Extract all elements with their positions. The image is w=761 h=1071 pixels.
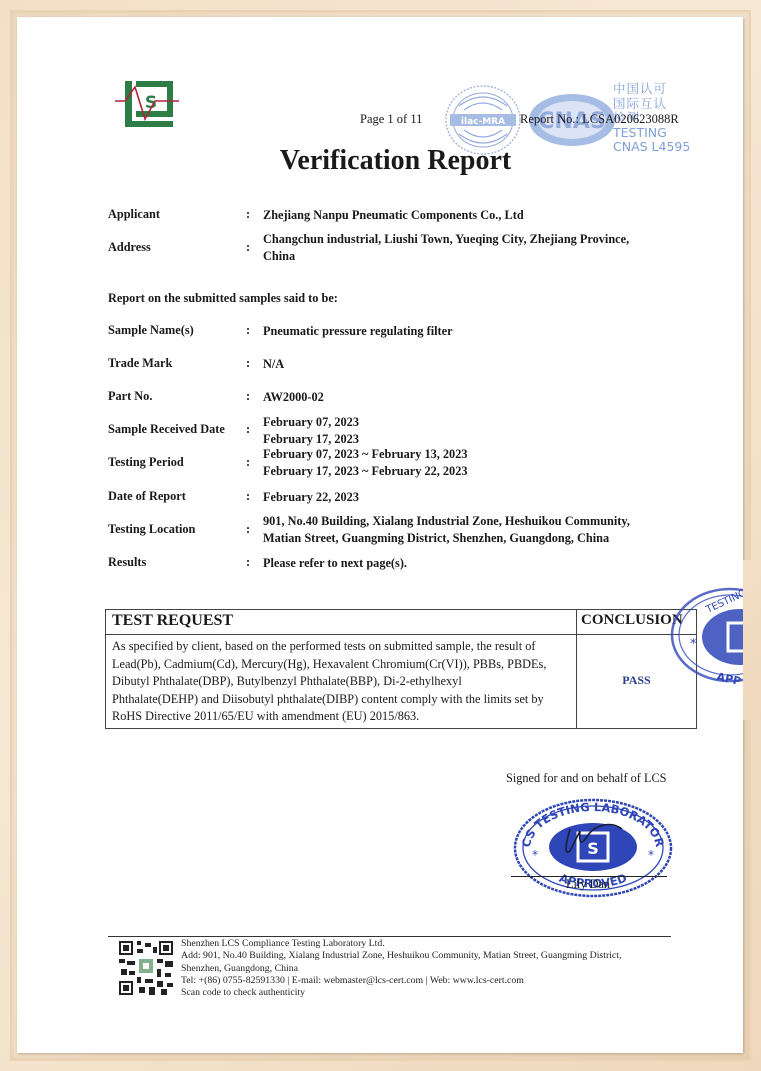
report-number: Report No.: LCSA020623088R (520, 112, 679, 127)
field-colon: : (246, 422, 250, 437)
field-colon: : (246, 356, 250, 371)
field-value: Zhejiang Nanpu Pneumatic Components Co.,… (263, 207, 663, 224)
field-value: February 22, 2023 (263, 489, 663, 506)
field-label: Results (108, 555, 146, 570)
field-colon: : (246, 455, 250, 470)
svg-text:*: * (648, 848, 654, 862)
svg-text:APP: APP (715, 670, 742, 688)
cnas-cn-line-1: 中国认可 (613, 82, 690, 97)
field-label: Sample Received Date (108, 422, 225, 437)
svg-text:*: * (690, 637, 697, 652)
cnas-cn-line-2: 国际互认 (613, 97, 690, 112)
lcs-logo-icon: S (113, 79, 183, 129)
field-label: Sample Name(s) (108, 323, 194, 338)
field-value: AW2000-02 (263, 389, 663, 406)
frame-edge (743, 560, 761, 720)
footer-contact[interactable]: Tel: +(86) 0755-82591330 | E-mail: webma… (181, 975, 621, 987)
field-value: Changchun industrial, Liushi Town, Yueqi… (263, 231, 663, 265)
field-label: Applicant (108, 207, 160, 222)
field-colon: : (246, 555, 250, 570)
field-colon: : (246, 489, 250, 504)
field-label: Date of Report (108, 489, 186, 504)
page-number: Page 1 of 11 (360, 112, 422, 127)
field-value: February 07, 2023 ~ February 13, 2023Feb… (263, 446, 663, 480)
footer-address-city: Shenzhen, Guangdong, China (181, 963, 621, 975)
field-label: Address (108, 240, 151, 255)
samples-note: Report on the submitted samples said to … (108, 291, 338, 306)
field-colon: : (246, 240, 250, 255)
field-colon: : (246, 323, 250, 338)
field-colon: : (246, 207, 250, 222)
svg-text:*: * (532, 848, 538, 862)
field-label: Testing Location (108, 522, 195, 537)
field-label: Trade Mark (108, 356, 172, 371)
field-value: February 07, 2023February 17, 2023 (263, 414, 663, 448)
footer-scan-note: Scan code to check authenticity (181, 987, 621, 999)
field-value: Please refer to next page(s). (263, 555, 663, 572)
field-value: Pneumatic pressure regulating filter (263, 323, 663, 340)
footer-lab-name: Shenzhen LCS Compliance Testing Laborato… (181, 938, 621, 950)
table-column-divider (576, 610, 577, 728)
svg-text:S: S (145, 93, 157, 113)
qr-code-icon[interactable] (119, 941, 173, 995)
footer-address: Add: 901, No.40 Building, Xialang Indust… (181, 950, 621, 962)
field-label: Testing Period (108, 455, 184, 470)
header-test-request: TEST REQUEST (112, 612, 233, 630)
document-title: Verification Report (15, 145, 761, 177)
test-request-table: TEST REQUEST CONCLUSION As specified by … (105, 609, 697, 729)
field-label: Part No. (108, 389, 152, 404)
field-colon: : (246, 389, 250, 404)
table-header-divider (106, 634, 696, 635)
svg-text:S: S (587, 839, 599, 858)
field-value: 901, No.40 Building, Xialang Industrial … (263, 513, 663, 547)
footer-divider (108, 936, 671, 937)
test-request-text: As specified by client, based on the per… (112, 638, 572, 726)
signed-on-behalf-text: Signed for and on behalf of LCS (506, 771, 667, 786)
field-value: N/A (263, 356, 663, 373)
cnas-testing-label: TESTING (613, 126, 690, 141)
svg-text:ilac-MRA: ilac-MRA (461, 117, 505, 127)
field-colon: : (246, 522, 250, 537)
signatory-name: Lily Dan (566, 877, 610, 892)
footer-lab-info: Shenzhen LCS Compliance Testing Laborato… (181, 938, 621, 999)
